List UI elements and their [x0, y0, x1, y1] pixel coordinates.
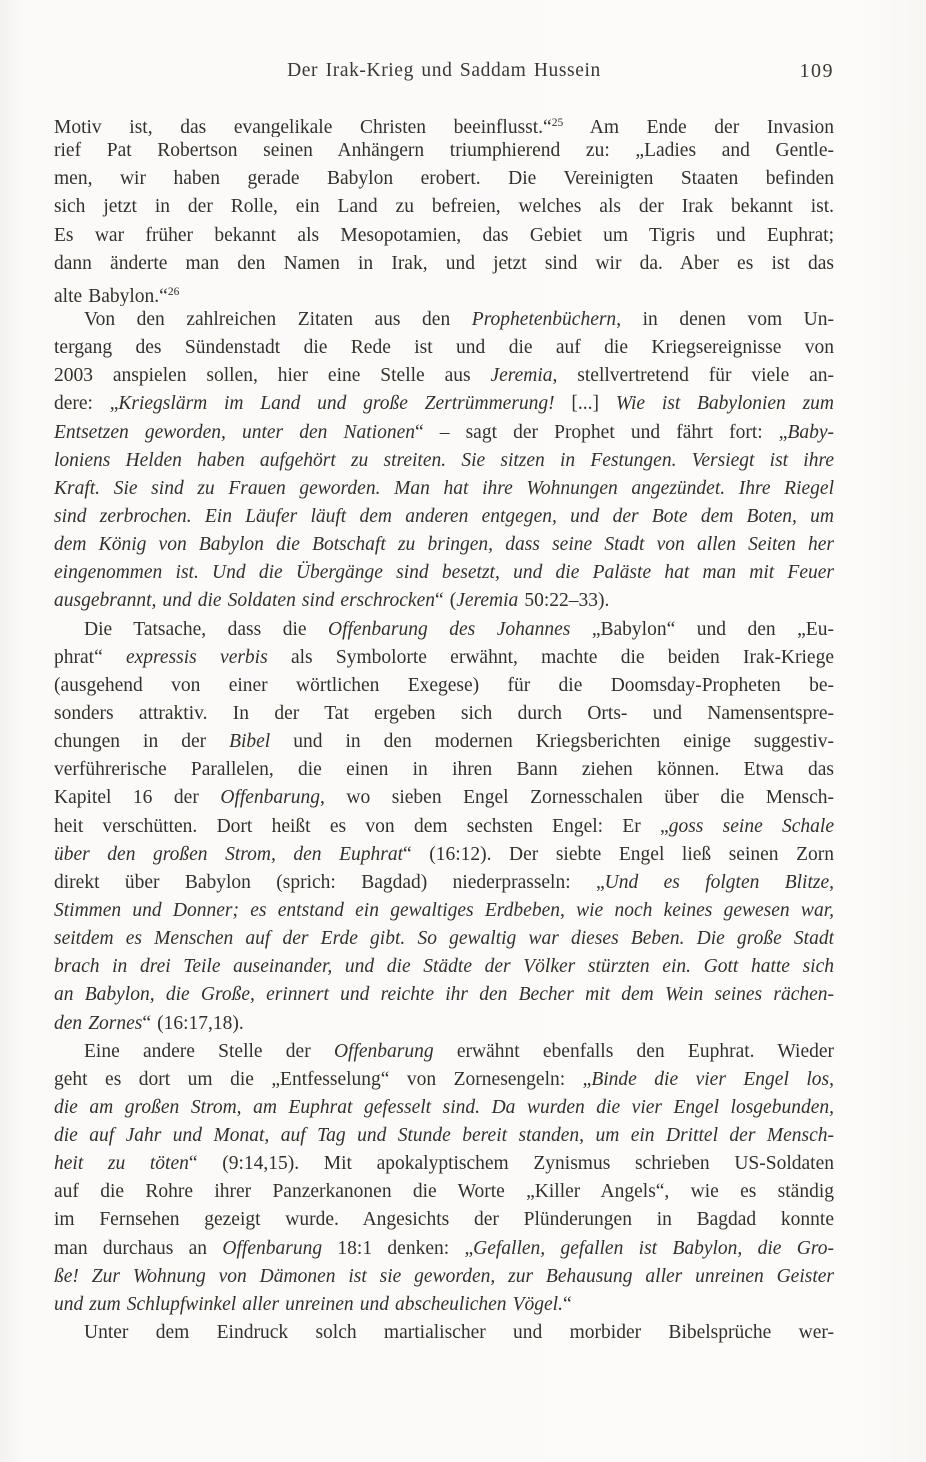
footnote-reference: 25: [552, 117, 564, 129]
italic-text: expressis verbis: [126, 647, 268, 668]
body-text: „Babylon“ und den „Eu-: [570, 619, 834, 640]
body-text: Motiv ist, das evangelikale Christen bee…: [54, 117, 552, 137]
book-page: Der Irak-Krieg und Saddam Hussein 109 Mo…: [0, 0, 926, 1462]
body-text: “ (16:12). Der siebte Engel ließ seinen …: [403, 844, 834, 865]
body-text: verführerische Parallelen, die einen in …: [54, 759, 834, 780]
text-line: heit verschütten. Dort heißt es von dem …: [54, 813, 834, 841]
italic-text: eingenommen ist. Und die Übergänge sind …: [54, 562, 834, 583]
body-text: sonders attraktiv. In der Tat ergeben si…: [54, 703, 834, 724]
italic-text: brach in drei Teile auseinander, und die…: [54, 956, 834, 977]
text-line: eingenommen ist. Und die Übergänge sind …: [54, 559, 834, 587]
body-text: und in den modernen Kriegsberichten eini…: [270, 731, 834, 752]
italic-text: Wie ist Babylonien zum: [616, 393, 834, 414]
body-text: “ (: [435, 590, 456, 611]
body-text: “: [563, 1294, 572, 1315]
text-line: dann änderte man den Namen in Irak, und …: [54, 250, 834, 278]
italic-text: die auf Jahr und Monat, auf Tag und Stun…: [54, 1125, 834, 1146]
italic-text: loniens Helden haben aufgehört zu streit…: [54, 450, 834, 471]
text-line: die am großen Strom, am Euphrat gefessel…: [54, 1094, 834, 1122]
text-line: an Babylon, die Große, erinnert und reic…: [54, 981, 834, 1009]
body-text: 2003 anspielen sollen, hier eine Stelle …: [54, 365, 490, 386]
italic-text: goss seine Schale: [669, 816, 834, 837]
text-line: auf die Rohre ihrer Panzerkanonen die Wo…: [54, 1178, 834, 1206]
body-text: men, wir haben gerade Babylon erobert. D…: [54, 168, 834, 189]
text-line: Es war früher bekannt als Mesopotamien, …: [54, 222, 834, 250]
body-text: alte Babylon.“: [54, 286, 168, 306]
text-line: sonders attraktiv. In der Tat ergeben si…: [54, 700, 834, 728]
italic-text: den Zornes: [54, 1013, 142, 1034]
text-line: Stimmen und Donner; es entstand ein gewa…: [54, 897, 834, 925]
body-text: geht es dort um die „Entfesselung“ von Z…: [54, 1069, 591, 1090]
text-line: seitdem es Menschen auf der Erde gibt. S…: [54, 925, 834, 953]
page-number: 109: [800, 60, 835, 83]
italic-text: heit zu töten: [54, 1153, 189, 1174]
text-line: Unter dem Eindruck solch martialischer u…: [54, 1319, 834, 1347]
text-line: sich jetzt in der Rolle, ein Land zu bef…: [54, 193, 834, 221]
italic-text: Und es folgten Blitze,: [605, 872, 834, 893]
body-text: dann änderte man den Namen in Irak, und …: [54, 253, 834, 274]
text-line: Die Tatsache, dass die Offenbarung des J…: [54, 616, 834, 644]
text-line: brach in drei Teile auseinander, und die…: [54, 953, 834, 981]
italic-text: Offenbarung: [334, 1041, 434, 1062]
body-text: Die Tatsache, dass die: [84, 619, 328, 640]
body-text: Unter dem Eindruck solch martialischer u…: [84, 1322, 834, 1343]
text-line: chungen in der Bibel und in den modernen…: [54, 728, 834, 756]
italic-text: Kriegslärm im Land und große Zertrümmeru…: [118, 393, 554, 414]
body-text: dere: „: [54, 393, 118, 414]
body-text: im Fernsehen gezeigt wurde. Angesichts d…: [54, 1209, 834, 1230]
body-text: 18:1 denken: „: [322, 1238, 473, 1259]
italic-text: Prophetenbüchern: [472, 309, 616, 330]
page-body: Motiv ist, das evangelikale Christen bee…: [54, 109, 834, 1347]
italic-text: an Babylon, die Große, erinnert und reic…: [54, 984, 834, 1005]
body-text: man durchaus an: [54, 1238, 222, 1259]
body-text: “ (9:14,15). Mit apokalyptischem Zynismu…: [189, 1153, 834, 1174]
body-text: als Symbolorte erwähnt, machte die beide…: [268, 647, 834, 668]
text-line: über den großen Strom, den Euphrat“ (16:…: [54, 841, 834, 869]
italic-text: Offenbarung des Johannes: [328, 619, 570, 640]
text-line: ße! Zur Wohnung von Dämonen ist sie gewo…: [54, 1263, 834, 1291]
italic-text: Bibel: [229, 731, 270, 752]
text-line: 2003 anspielen sollen, hier eine Stelle …: [54, 362, 834, 390]
italic-text: Gefallen, gefallen ist Babylon, die Gro-: [473, 1238, 834, 1259]
body-text: Von den zahlreichen Zitaten aus den: [84, 309, 472, 330]
paragraph: Unter dem Eindruck solch martialischer u…: [54, 1319, 834, 1347]
text-line: alte Babylon.“26: [54, 278, 834, 306]
text-line: und zum Schlupfwinkel aller unreinen und…: [54, 1291, 834, 1319]
text-line: men, wir haben gerade Babylon erobert. D…: [54, 165, 834, 193]
text-line: verführerische Parallelen, die einen in …: [54, 756, 834, 784]
paragraph: Motiv ist, das evangelikale Christen bee…: [54, 109, 834, 306]
text-line: rief Pat Robertson seinen Anhängern triu…: [54, 137, 834, 165]
text-line: phrat“ expressis verbis als Symbolorte e…: [54, 644, 834, 672]
body-text: Kapitel 16 der: [54, 787, 220, 808]
italic-text: Kraft. Sie sind zu Frauen geworden. Man …: [54, 478, 834, 499]
text-line: sind zerbrochen. Ein Läufer läuft dem an…: [54, 503, 834, 531]
body-text: heit verschütten. Dort heißt es von dem …: [54, 816, 669, 837]
body-text: , stellvertretend für viele an-: [553, 365, 834, 386]
italic-text: Stimmen und Donner; es entstand ein gewa…: [54, 900, 834, 921]
paragraph: Eine andere Stelle der Offenbarung erwäh…: [54, 1038, 834, 1319]
text-line: tergang des Sündenstadt die Rede ist und…: [54, 334, 834, 362]
italic-text: Offenbarung: [220, 787, 320, 808]
text-line: im Fernsehen gezeigt wurde. Angesichts d…: [54, 1206, 834, 1234]
running-head-title: Der Irak-Krieg und Saddam Hussein: [287, 60, 601, 81]
text-line: ausgebrannt, und die Soldaten sind ersch…: [54, 587, 834, 615]
text-line: dem König von Babylon die Botschaft zu b…: [54, 531, 834, 559]
paragraph: Von den zahlreichen Zitaten aus den Prop…: [54, 306, 834, 616]
italic-text: die am großen Strom, am Euphrat gefessel…: [54, 1097, 834, 1118]
body-text: direkt über Babylon (sprich: Bagdad) nie…: [54, 872, 605, 893]
text-line: man durchaus an Offenbarung 18:1 denken:…: [54, 1235, 834, 1263]
body-text: tergang des Sündenstadt die Rede ist und…: [54, 337, 834, 358]
text-line: heit zu töten“ (9:14,15). Mit apokalypti…: [54, 1150, 834, 1178]
text-line: (ausgehend von einer wörtlichen Exegese)…: [54, 672, 834, 700]
italic-text: seitdem es Menschen auf der Erde gibt. S…: [54, 928, 834, 949]
text-line: direkt über Babylon (sprich: Bagdad) nie…: [54, 869, 834, 897]
italic-text: und zum Schlupfwinkel aller unreinen und…: [54, 1294, 563, 1315]
body-text: Am Ende der Invasion: [563, 117, 834, 137]
body-text: , in denen vom Un-: [616, 309, 834, 330]
text-line: Von den zahlreichen Zitaten aus den Prop…: [54, 306, 834, 334]
paragraph: Die Tatsache, dass die Offenbarung des J…: [54, 616, 834, 1038]
body-text: , wo sieben Engel Zornesschalen über die…: [320, 787, 834, 808]
text-line: Entsetzen geworden, unter den Nationen“ …: [54, 419, 834, 447]
footnote-reference: 26: [168, 286, 180, 298]
text-line: dere: „Kriegslärm im Land und große Zert…: [54, 390, 834, 418]
page-header: Der Irak-Krieg und Saddam Hussein 109: [54, 60, 834, 82]
italic-text: dem König von Babylon die Botschaft zu b…: [54, 534, 834, 555]
body-text: auf die Rohre ihrer Panzerkanonen die Wo…: [54, 1181, 834, 1202]
text-line: Kapitel 16 der Offenbarung, wo sieben En…: [54, 784, 834, 812]
body-text: erwähnt ebenfalls den Euphrat. Wieder: [434, 1041, 834, 1062]
italic-text: sind zerbrochen. Ein Läufer läuft dem an…: [54, 506, 834, 527]
body-text: “ – sagt der Prophet und fährt fort: „: [415, 422, 787, 443]
text-line: die auf Jahr und Monat, auf Tag und Stun…: [54, 1122, 834, 1150]
body-text: (ausgehend von einer wörtlichen Exegese)…: [54, 675, 834, 696]
italic-text: über den großen Strom, den Euphrat: [54, 844, 403, 865]
body-text: rief Pat Robertson seinen Anhängern triu…: [54, 140, 834, 161]
italic-text: ße! Zur Wohnung von Dämonen ist sie gewo…: [54, 1266, 834, 1287]
italic-text: Entsetzen geworden, unter den Nationen: [54, 422, 415, 443]
italic-text: Baby-: [787, 422, 834, 443]
body-text: Es war früher bekannt als Mesopotamien, …: [54, 225, 834, 246]
italic-text: ausgebrannt, und die Soldaten sind ersch…: [54, 590, 435, 611]
text-line: den Zornes“ (16:17,18).: [54, 1010, 834, 1038]
body-text: chungen in der: [54, 731, 229, 752]
text-line: Motiv ist, das evangelikale Christen bee…: [54, 109, 834, 137]
body-text: 50:22–33).: [518, 590, 609, 611]
text-line: Kraft. Sie sind zu Frauen geworden. Man …: [54, 475, 834, 503]
italic-text: Offenbarung: [222, 1238, 322, 1259]
italic-text: Jeremia: [490, 365, 552, 386]
body-text: sich jetzt in der Rolle, ein Land zu bef…: [54, 196, 834, 217]
text-line: Eine andere Stelle der Offenbarung erwäh…: [54, 1038, 834, 1066]
body-text: [...]: [555, 393, 616, 414]
body-text: Eine andere Stelle der: [84, 1041, 334, 1062]
text-line: geht es dort um die „Entfesselung“ von Z…: [54, 1066, 834, 1094]
body-text: phrat“: [54, 647, 126, 668]
italic-text: Binde die vier Engel los,: [591, 1069, 834, 1090]
text-line: loniens Helden haben aufgehört zu streit…: [54, 447, 834, 475]
italic-text: Jeremia: [456, 590, 518, 611]
body-text: “ (16:17,18).: [142, 1013, 243, 1034]
